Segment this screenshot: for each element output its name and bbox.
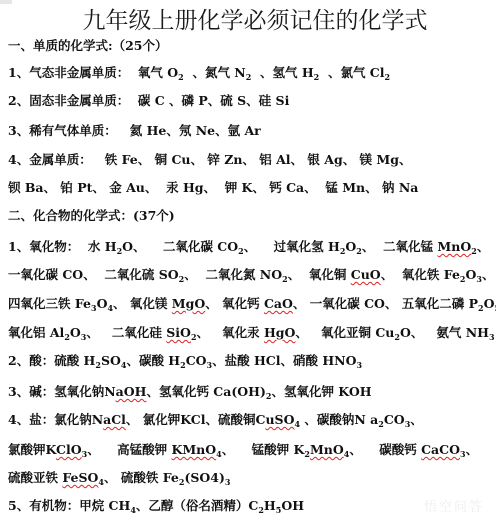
line-text: 2、固态非金属单质： 碳 C 、磷 P、硫 S、硅 Si: [8, 93, 289, 108]
line-text: 、盐酸 HCl、硝酸 HNO: [212, 353, 356, 368]
line-text: 4、盐：氯化钠N: [8, 412, 103, 427]
formula-line: 氯酸钾KClO3、 高锰酸钾 KMnO4、 锰酸钾 K2MnO4、 碳酸钙 Ca…: [8, 442, 478, 458]
spellcheck-underlined-text: SiO: [166, 325, 191, 340]
line-text: 3、稀有气体单质： 氦 He、氖 Ne、氩 Ar: [8, 123, 261, 138]
line-text: 、 二氧化硅: [86, 325, 166, 340]
line-text: 、: [482, 267, 495, 282]
formula-line: 四氧化三铁 Fe3O4、 氧化镁 MgO、 氧化钙 CaO、 一氧化碳 CO、 …: [8, 296, 496, 312]
line-text: 2、酸：硫酸 H: [8, 353, 95, 368]
line-text: 、 锰酸钾 K: [222, 442, 305, 457]
spellcheck-underlined-text: MgO: [172, 296, 205, 311]
subscript: 3: [356, 360, 362, 370]
formula-line: 2、酸：硫酸 H2SO4、碳酸 H2CO3、盐酸 HCl、硝酸 HNO3: [8, 353, 362, 369]
formula-line: 1、氧化物： 水 H2O、 二氧化碳 CO2、 过氧化氢 H2O2、 二氧化锰 …: [8, 239, 489, 255]
line-text: 、氮气 N: [184, 65, 246, 80]
watermark: 悟空问答: [424, 496, 484, 515]
spellcheck-underlined-text: CuO: [351, 267, 381, 282]
line-text: SO: [101, 353, 121, 368]
formula-line: 硫酸亚铁 FeSO4、 硫酸铁 Fe2(SO4)3: [8, 470, 230, 486]
line-text: 、氢氧化钙 Ca(OH): [146, 384, 265, 399]
line-text: 一、单质的化学式:（25个）: [8, 38, 168, 53]
line-text: O: [97, 296, 108, 311]
section-heading: 一、单质的化学式:（25个）: [8, 38, 168, 54]
line-text: 、 氧化镁: [113, 296, 172, 311]
spellcheck-underlined-text: aOH: [116, 384, 147, 399]
document-page: 九年级上册化学必须记住的化学式 一、单质的化学式:（25个）1、气态非金属单质：…: [0, 0, 496, 523]
formula-line: 氧化铝 Al2O3、 二氧化硅 SiO2、 氧化汞 HgO、 氧化亚铜 Cu2O…: [8, 325, 495, 341]
line-text: 、: [466, 442, 479, 457]
section-heading: 二、化合物的化学式：(37个): [8, 208, 175, 224]
line-text: 、氢气 H: [251, 65, 313, 80]
spellcheck-underlined-text: FeSO: [62, 470, 98, 485]
line-text: 、碳酸 H: [126, 353, 180, 368]
line-text: 硫酸亚铁: [8, 470, 62, 485]
spellcheck-underlined-text: aCl: [103, 412, 126, 427]
spellcheck-underlined-text: ClO: [56, 442, 82, 457]
line-text: 、 过氧化氢 H: [244, 239, 340, 254]
line-text: O: [70, 325, 81, 340]
formula-line: 3、稀有气体单质： 氦 He、氖 Ne、氩 Ar: [8, 123, 261, 139]
line-text: O: [484, 296, 495, 311]
line-text: 、 硫酸铁 Fe: [104, 470, 179, 485]
line-text: 、 氧化铜: [288, 267, 351, 282]
spellcheck-underlined-text: KMnO: [171, 442, 216, 457]
line-text: 、氯气 Cl: [319, 65, 384, 80]
formula-line: 3、碱：氢氧化钠NaOH、氢氧化钙 Ca(OH)2、氢氧化钾 KOH: [8, 384, 372, 400]
line-text: 、 高锰酸钾: [87, 442, 171, 457]
spellcheck-underlined-text: HgO: [264, 325, 295, 340]
subscript: 3: [489, 332, 495, 342]
line-text: (SO4): [184, 470, 224, 485]
formula-line: 钡 Ba、 铂 Pt、 金 Au、 汞 Hg、 钾 K、 钙 Ca、 锰 Mn、…: [8, 180, 418, 196]
spellcheck-underlined-text: MnO: [437, 239, 471, 254]
line-text: O、 二氧化碳 CO: [122, 239, 238, 254]
spellcheck-underlined-text: MnO: [310, 442, 344, 457]
spellcheck-underlined-text: CaO: [264, 296, 293, 311]
line-text: 1、氧化物： 水 H: [8, 239, 117, 254]
line-text: OH: [281, 498, 304, 513]
line-text: CO: [384, 412, 405, 427]
line-text: 氧化铝 Al: [8, 325, 64, 340]
line-text: 、 氧化铁 Fe: [381, 267, 460, 282]
line-text: 、氢氧化钾 KOH: [271, 384, 371, 399]
line-text: 、 碳酸钙: [349, 442, 421, 457]
line-text: 、乙醇（俗名酒精）C: [136, 498, 258, 513]
line-text: O: [465, 267, 476, 282]
spellcheck-underlined-text: uSO: [265, 412, 294, 427]
line-text: 3、碱：氢氧化钠N: [8, 384, 116, 399]
line-text: 4、金属单质： 铁 Fe、 铜 Cu、 锌 Zn、 铝 Al、 银 Ag、 镁 …: [8, 152, 411, 167]
line-text: 氯酸钾K: [8, 442, 56, 457]
line-text: 、 氧化钙: [205, 296, 264, 311]
line-text: CO: [186, 353, 207, 368]
formula-line: 1、气态非金属单质： 氧气 O2 、氮气 N2 、氢气 H2 、氯气 Cl2: [8, 65, 390, 81]
page-title: 九年级上册化学必须记住的化学式: [0, 2, 496, 35]
formula-line: 4、盐：氯化钠NaCl、 氯化钾KCl、硫酸铜CuSO4 、碳酸钠N a2CO3…: [8, 412, 423, 428]
line-text: 、 二氧化氮 NO: [184, 267, 282, 282]
line-text: 钡 Ba、 铂 Pt、 金 Au、 汞 Hg、 钾 K、 钙 Ca、 锰 Mn、…: [8, 180, 418, 195]
line-text: 1、气态非金属单质： 氧气 O: [8, 65, 178, 80]
line-text: 、 一氧化碳 CO、 五氧化二磷 P: [293, 296, 478, 311]
line-text: 二、化合物的化学式：(37个): [8, 208, 175, 223]
line-text: 一氧化碳 CO、 二氧化硫 SO: [8, 267, 179, 282]
line-text: 、 氧化亚铜 Cu: [295, 325, 394, 340]
line-text: 、 二氧化锰: [362, 239, 438, 254]
line-text: O: [345, 239, 356, 254]
line-text: 、碳酸钠N a: [300, 412, 378, 427]
line-text: 、 氯化钾KCl、硫酸铜C: [126, 412, 266, 427]
line-text: 、: [477, 239, 490, 254]
line-text: 四氧化三铁 Fe: [8, 296, 91, 311]
line-text: 、: [410, 412, 423, 427]
spellcheck-underlined-text: CaCO: [421, 442, 460, 457]
subscript: 2: [385, 72, 391, 82]
formula-line: 2、固态非金属单质： 碳 C 、磷 P、硫 S、硅 Si: [8, 93, 289, 109]
formula-line: 4、金属单质： 铁 Fe、 铜 Cu、 锌 Zn、 铝 Al、 银 Ag、 镁 …: [8, 152, 411, 168]
line-text: 5、有机物：甲烷 CH: [8, 498, 130, 513]
subscript: 3: [225, 477, 231, 487]
formula-line: 5、有机物：甲烷 CH4、乙醇（俗名酒精）C2H5OH: [8, 498, 304, 514]
formula-line: 一氧化碳 CO、 二氧化硫 SO2、 二氧化氮 NO2、 氧化铜 CuO、 氧化…: [8, 267, 494, 283]
line-text: H: [264, 498, 276, 513]
line-text: O、 氨气 NH: [400, 325, 489, 340]
line-text: 、 氧化汞: [197, 325, 264, 340]
